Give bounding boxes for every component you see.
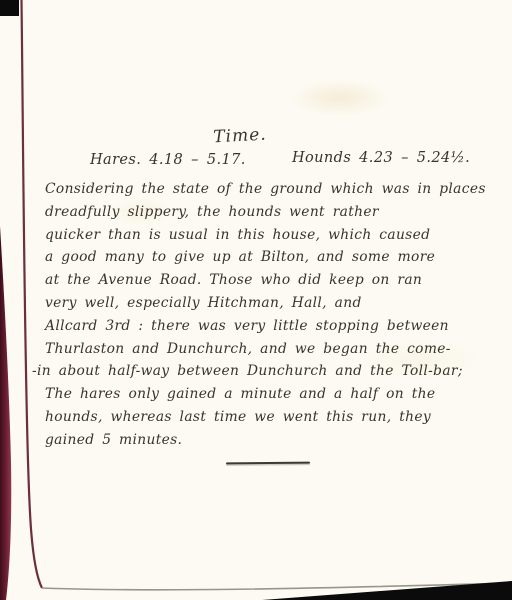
scanner-corner-bottom-right-shape	[262, 581, 512, 600]
handwriting-line: -in about half-way between Dunchurch and…	[32, 360, 488, 383]
handwriting-line: Allcard 3rd : there was very little stop…	[45, 315, 488, 338]
handwriting-line: The hares only gained a minute and a hal…	[45, 383, 488, 406]
scanner-corner-top-left-shape	[0, 0, 19, 16]
handwriting-line: hounds, whereas last time we went this r…	[45, 406, 488, 429]
handwriting-line: very well, especially Hitchman, Hall, an…	[45, 292, 488, 315]
page-title: Time.	[168, 122, 313, 150]
hares-time: Hares. 4.18 – 5.17.	[90, 152, 246, 168]
handwriting-line: at the Avenue Road. Those who did keep o…	[45, 269, 488, 292]
handwriting-line: gained 5 minutes.	[45, 429, 488, 452]
handwriting-line: a good many to give up at Bilton, and so…	[45, 246, 488, 269]
handwriting-line: dreadfully slippery, the hounds went rat…	[45, 201, 488, 224]
handdrawn-divider-rule	[226, 462, 310, 465]
hounds-time: Hounds 4.23 – 5.24½.	[292, 150, 470, 166]
handwriting-body: Considering the state of the ground whic…	[45, 178, 488, 452]
page-edge-line-bottom-shape	[42, 583, 511, 590]
handwriting-line: quicker than is usual in this house, whi…	[45, 224, 488, 247]
handwriting-line: Thurlaston and Dunchurch, and we began t…	[45, 338, 488, 361]
book-spine-band-shape	[0, 226, 11, 600]
handwriting-line: Considering the state of the ground whic…	[45, 178, 488, 201]
page-scan: Time. Hares. 4.18 – 5.17. Hounds 4.23 – …	[0, 0, 512, 600]
page-edge-line-left-shape	[22, 0, 43, 588]
